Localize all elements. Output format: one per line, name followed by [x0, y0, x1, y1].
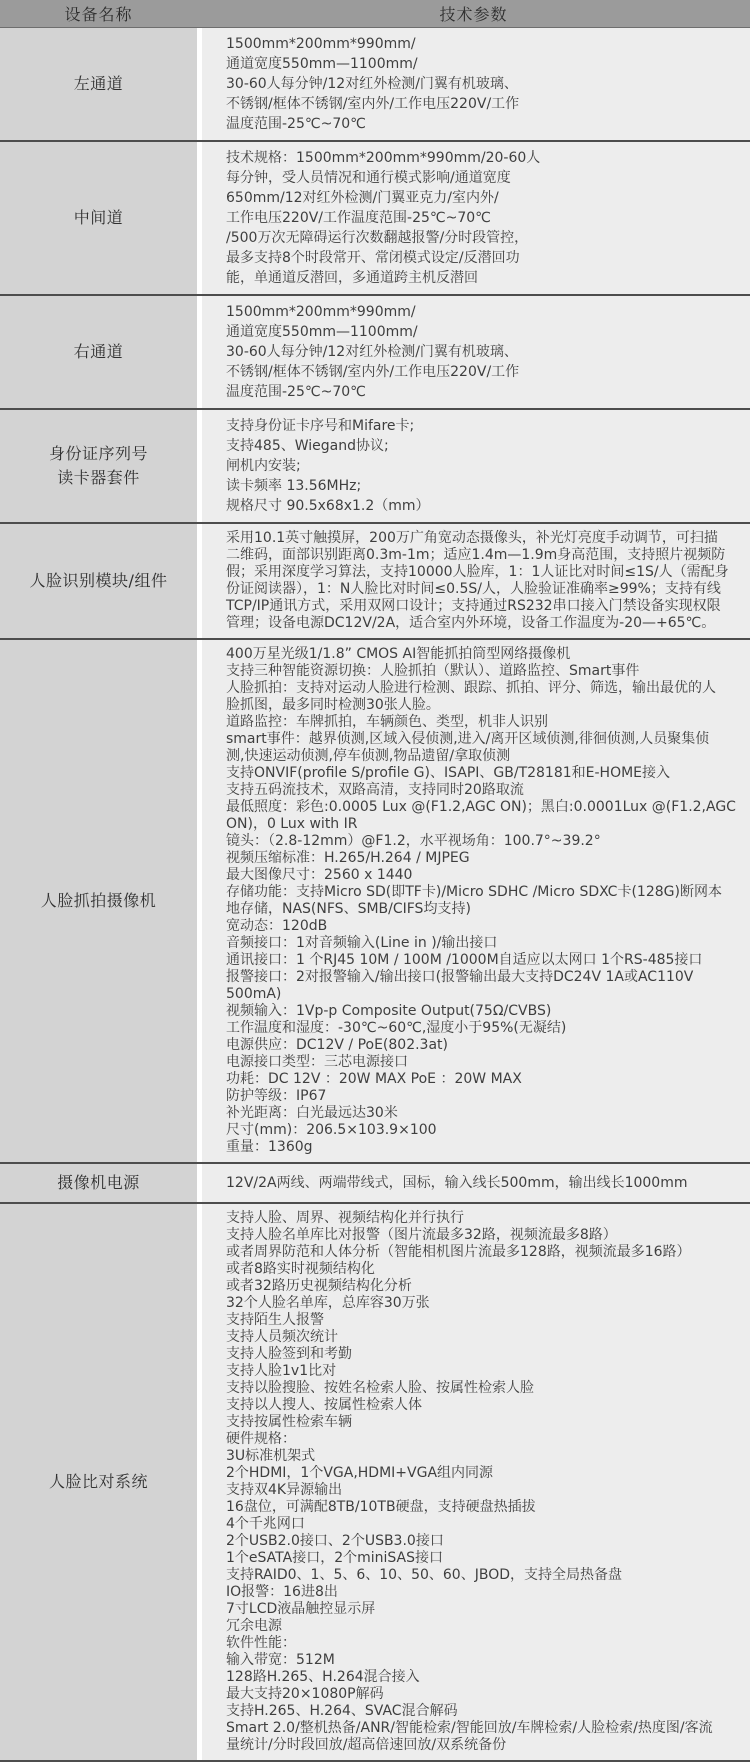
spec-line: 规格尺寸 90.5x68x1.2（mm） [226, 496, 736, 516]
spec-line: 支持ONVIF(profile S/profile G)、ISAPI、GB/T2… [226, 765, 736, 782]
spec-line: 支持身份证卡序号和Mifare卡; [226, 416, 736, 436]
spec-line: 管理；设备电源DC12V/2A，适合室内外环境，设备工作温度为-20—+65℃。 [226, 615, 736, 632]
spec-line: 支持RAID0、1、5、6、10、50、60、JBOD，支持全局热备盘 [226, 1567, 736, 1584]
spec-line: 支持485、Wiegand协议; [226, 436, 736, 456]
spec-line: 音频接口：1对音频输入(Line in )/输出接口 [226, 935, 736, 952]
spec-line: 闸机内安装; [226, 456, 736, 476]
spec-line: 12V/2A两线、两端带线式，国标，输入线长500mm，输出线长1000mm [226, 1175, 736, 1192]
device-name-cell: 右通道 [0, 296, 197, 408]
device-name-label: 身份证序列号 读卡器套件 [49, 442, 148, 490]
spec-line: 4个千兆网口 [226, 1516, 736, 1533]
spec-line: 不锈钢/框体不锈钢/室内外/工作电压220V/工作 [226, 94, 736, 114]
spec-line: 硬件规格： [226, 1431, 736, 1448]
spec-line: 支持人脸签到和考勤 [226, 1346, 736, 1363]
spec-line: 工作温度和湿度：-30℃~60℃,湿度小于95%(无凝结) [226, 1020, 736, 1037]
spec-line: 或者8路实时视频结构化 [226, 1261, 736, 1278]
spec-line: 500mA) [226, 986, 736, 1003]
table-body: 左通道 1500mm*200mm*990mm/通道宽度550mm—1100mm/… [0, 28, 750, 1760]
spec-line: 30-60人每分钟/12对红外检测/门翼有机玻璃、 [226, 342, 736, 362]
spec-cell: 支持身份证卡序号和Mifare卡;支持485、Wiegand协议;闸机内安装;读… [202, 410, 750, 522]
spec-line: 二维码，面部识别距离0.3m-1m；适应1.4m—1.9m身高范围，支持照片视频… [226, 547, 736, 564]
spec-lines: 400万星光级1/1.8” CMOS AI智能抓拍筒型网络摄像机支持三种智能资源… [226, 646, 736, 1156]
spec-line: 地存储，NAS(NFS、SMB/CIFS均支持) [226, 901, 736, 918]
spec-line: 支持按属性检索车辆 [226, 1414, 736, 1431]
device-name-label: 右通道 [74, 340, 124, 364]
spec-line: TCP/IP通讯方式，采用双网口设计；支持通过RS232串口接入门禁设备实现权限 [226, 598, 736, 615]
spec-line: 电源接口类型：三芯电源接口 [226, 1054, 736, 1071]
spec-line: 3U标准机架式 [226, 1448, 736, 1465]
spec-line: 或者周界防范和人体分析（智能相机图片流最多128路，视频流最多16路） [226, 1244, 736, 1261]
spec-lines: 采用10.1英寸触摸屏，200万广角宽动态摄像头，补光灯亮度手动调节，可扫描二维… [226, 530, 736, 632]
spec-line: 支持双4K异源输出 [226, 1482, 736, 1499]
device-name-cell: 身份证序列号 读卡器套件 [0, 410, 197, 522]
spec-line: 16盘位，可满配8TB/10TB硬盘，支持硬盘热插拔 [226, 1499, 736, 1516]
header-device-name: 设备名称 [0, 2, 197, 25]
table-row: 身份证序列号 读卡器套件 支持身份证卡序号和Mifare卡;支持485、Wieg… [0, 408, 750, 522]
spec-line: 最大图像尺寸：2560 x 1440 [226, 867, 736, 884]
spec-line: 2个USB2.0接口、2个USB3.0接口 [226, 1533, 736, 1550]
device-name-cell: 中间道 [0, 142, 197, 294]
spec-line: 每分钟，受人员情况和通行模式影响/通道宽度 [226, 168, 736, 188]
spec-line: 视频输入：1Vp-p Composite Output(75Ω/CVBS) [226, 1003, 736, 1020]
spec-line: 支持五码流技术，双路高清，支持同时20路取流 [226, 782, 736, 799]
spec-line: Smart 2.0/整机热备/ANR/智能检索/智能回放/车牌检索/人脸检索/热… [226, 1720, 736, 1737]
spec-line: 支持以人搜人、按属性检索人体 [226, 1397, 736, 1414]
device-name-label: 摄像机电源 [57, 1171, 140, 1195]
spec-line: 支持H.265、H.264、SVAC混合解码 [226, 1703, 736, 1720]
spec-line: 1500mm*200mm*990mm/ [226, 34, 736, 54]
spec-lines: 支持人脸、周界、视频结构化并行执行支持人脸名单库比对报警（图片流最多32路，视频… [226, 1210, 736, 1754]
spec-line: 30-60人每分钟/12对红外检测/门翼有机玻璃、 [226, 74, 736, 94]
spec-line: 能，单通道反潜回，多通道跨主机反潜回 [226, 268, 736, 288]
device-name-label: 人脸比对系统 [49, 1470, 148, 1494]
spec-line: 通道宽度550mm—1100mm/ [226, 322, 736, 342]
spec-line: 支持陌生人报警 [226, 1312, 736, 1329]
spec-table: 设备名称 技术参数 左通道 1500mm*200mm*990mm/通道宽度550… [0, 0, 750, 1762]
spec-line: /500万次无障碍运行次数翻越报警/分时段管控， [226, 228, 736, 248]
device-name-label: 人脸识别模块/组件 [30, 569, 168, 593]
spec-line: 或者32路历史视频结构化分析 [226, 1278, 736, 1295]
table-row: 右通道 1500mm*200mm*990mm/通道宽度550mm—1100mm/… [0, 294, 750, 408]
device-name-cell: 人脸抓拍摄像机 [0, 640, 197, 1162]
spec-cell: 1500mm*200mm*990mm/通道宽度550mm—1100mm/30-6… [202, 28, 750, 140]
table-row: 人脸比对系统 支持人脸、周界、视频结构化并行执行支持人脸名单库比对报警（图片流最… [0, 1202, 750, 1760]
spec-lines: 1500mm*200mm*990mm/通道宽度550mm—1100mm/30-6… [226, 302, 736, 402]
spec-line: smart事件：越界侦测,区域入侵侦测,进入/离开区域侦测,徘徊侦测,人员聚集侦 [226, 731, 736, 748]
device-name-label: 人脸抓拍摄像机 [41, 889, 157, 913]
spec-lines: 12V/2A两线、两端带线式，国标，输入线长500mm，输出线长1000mm [226, 1175, 736, 1192]
spec-line: 功耗：DC 12V ：20W MAX PoE ：20W MAX [226, 1071, 736, 1088]
spec-line: 1个eSATA接口，2个miniSAS接口 [226, 1550, 736, 1567]
table-row: 人脸抓拍摄像机 400万星光级1/1.8” CMOS AI智能抓拍筒型网络摄像机… [0, 638, 750, 1162]
spec-line: 测,快速运动侦测,停车侦测,物品遗留/拿取侦测 [226, 748, 736, 765]
spec-line: 份证阅读器），1：N人脸比对时间≤0.5S/人，人脸验证准确率≥99%；支持有线 [226, 581, 736, 598]
spec-lines: 1500mm*200mm*990mm/通道宽度550mm—1100mm/30-6… [226, 34, 736, 134]
spec-line: 脸抓图，最多同时检测30张人脸。 [226, 697, 736, 714]
spec-line: 冗余电源 [226, 1618, 736, 1635]
spec-line: 假；采用深度学习算法，支持10000人脸库，1：1人证比对时间≤1S/人（需配身 [226, 564, 736, 581]
spec-cell: 技术规格：1500mm*200mm*990mm/20-60人每分钟，受人员情况和… [202, 142, 750, 294]
spec-line: 支持以脸搜脸、按姓名检索人脸、按属性检索人脸 [226, 1380, 736, 1397]
spec-line: 宽动态：120dB [226, 918, 736, 935]
device-name-label: 左通道 [74, 72, 124, 96]
spec-line: 支持人脸1v1比对 [226, 1363, 736, 1380]
spec-cell: 1500mm*200mm*990mm/通道宽度550mm—1100mm/30-6… [202, 296, 750, 408]
spec-line: 电源供应：DC12V / PoE(802.3at) [226, 1037, 736, 1054]
spec-line: 32个人脸名单库，总库容30万张 [226, 1295, 736, 1312]
table-header: 设备名称 技术参数 [0, 0, 750, 28]
spec-line: 人脸抓拍：支持对运动人脸进行检测、跟踪、抓拍、评分、筛选，输出最优的人 [226, 680, 736, 697]
spec-cell: 支持人脸、周界、视频结构化并行执行支持人脸名单库比对报警（图片流最多32路，视频… [202, 1204, 750, 1760]
table-row: 人脸识别模块/组件 采用10.1英寸触摸屏，200万广角宽动态摄像头，补光灯亮度… [0, 522, 750, 638]
spec-line: 1500mm*200mm*990mm/ [226, 302, 736, 322]
spec-line: 支持人员频次统计 [226, 1329, 736, 1346]
spec-line: 通道宽度550mm—1100mm/ [226, 54, 736, 74]
spec-cell: 12V/2A两线、两端带线式，国标，输入线长500mm，输出线长1000mm [202, 1164, 750, 1202]
device-name-cell: 人脸比对系统 [0, 1204, 197, 1760]
spec-line: 工作电压220V/工作温度范围-25℃~70℃ [226, 208, 736, 228]
spec-line: 2个HDMI，1个VGA,HDMI+VGA组内同源 [226, 1465, 736, 1482]
spec-line: 重量：1360g [226, 1139, 736, 1156]
spec-line: 尺寸(mm)：206.5×103.9×100 [226, 1122, 736, 1139]
spec-line: 读卡频率 13.56MHz; [226, 476, 736, 496]
spec-line: 补光距离：白光最远达30米 [226, 1105, 736, 1122]
spec-line: 支持人脸名单库比对报警（图片流最多32路，视频流最多8路） [226, 1227, 736, 1244]
spec-lines: 支持身份证卡序号和Mifare卡;支持485、Wiegand协议;闸机内安装;读… [226, 416, 736, 516]
spec-line: 技术规格：1500mm*200mm*990mm/20-60人 [226, 148, 736, 168]
device-name-label: 中间道 [74, 206, 124, 230]
spec-line: 镜头：（2.8-12mm）@F1.2，水平视场角：100.7°~39.2° [226, 833, 736, 850]
spec-lines: 技术规格：1500mm*200mm*990mm/20-60人每分钟，受人员情况和… [226, 148, 736, 288]
spec-line: 采用10.1英寸触摸屏，200万广角宽动态摄像头，补光灯亮度手动调节，可扫描 [226, 530, 736, 547]
spec-line: 软件性能： [226, 1635, 736, 1652]
spec-line: 128路H.265、H.264混合接入 [226, 1669, 736, 1686]
header-tech-params: 技术参数 [197, 2, 750, 25]
table-row: 摄像机电源 12V/2A两线、两端带线式，国标，输入线长500mm，输出线长10… [0, 1162, 750, 1202]
device-name-cell: 人脸识别模块/组件 [0, 524, 197, 638]
device-name-cell: 摄像机电源 [0, 1164, 197, 1202]
spec-line: IO报警：16进8出 [226, 1584, 736, 1601]
spec-line: 存储功能：支持Micro SD(即TF卡)/Micro SDHC /Micro … [226, 884, 736, 901]
spec-line: 输入带宽：512M [226, 1652, 736, 1669]
spec-line: 400万星光级1/1.8” CMOS AI智能抓拍筒型网络摄像机 [226, 646, 736, 663]
spec-cell: 400万星光级1/1.8” CMOS AI智能抓拍筒型网络摄像机支持三种智能资源… [202, 640, 750, 1162]
spec-line: ON)，0 Lux with IR [226, 816, 736, 833]
spec-line: 温度范围-25℃~70℃ [226, 382, 736, 402]
spec-line: 不锈钢/框体不锈钢/室内外/工作电压220V/工作 [226, 362, 736, 382]
spec-line: 650mm/12对红外检测/门翼亚克力/室内外/ [226, 188, 736, 208]
spec-line: 道路监控：车牌抓拍，车辆颜色、类型，机非人识别 [226, 714, 736, 731]
spec-line: 最多支持8个时段常开、常闭模式设定/反潜回功 [226, 248, 736, 268]
spec-cell: 采用10.1英寸触摸屏，200万广角宽动态摄像头，补光灯亮度手动调节，可扫描二维… [202, 524, 750, 638]
spec-line: 最低照度：彩色:0.0005 Lux @(F1.2,AGC ON)；黑白:0.0… [226, 799, 736, 816]
spec-line: 支持三种智能资源切换：人脸抓拍（默认）、道路监控、Smart事件 [226, 663, 736, 680]
table-row: 左通道 1500mm*200mm*990mm/通道宽度550mm—1100mm/… [0, 28, 750, 140]
spec-line: 防护等级：IP67 [226, 1088, 736, 1105]
device-name-cell: 左通道 [0, 28, 197, 140]
spec-line: 温度范围-25℃~70℃ [226, 114, 736, 134]
spec-line: 最大支持20×1080P解码 [226, 1686, 736, 1703]
spec-line: 支持人脸、周界、视频结构化并行执行 [226, 1210, 736, 1227]
spec-line: 通讯接口：1 个RJ45 10M / 100M /1000M自适应以太网口 1个… [226, 952, 736, 969]
table-row: 中间道 技术规格：1500mm*200mm*990mm/20-60人每分钟，受人… [0, 140, 750, 294]
spec-line: 视频压缩标准：H.265/H.264 / MJPEG [226, 850, 736, 867]
spec-line: 7寸LCD液晶触控显示屏 [226, 1601, 736, 1618]
spec-line: 报警接口：2对报警输入/输出接口(报警输出最大支持DC24V 1A或AC110V [226, 969, 736, 986]
